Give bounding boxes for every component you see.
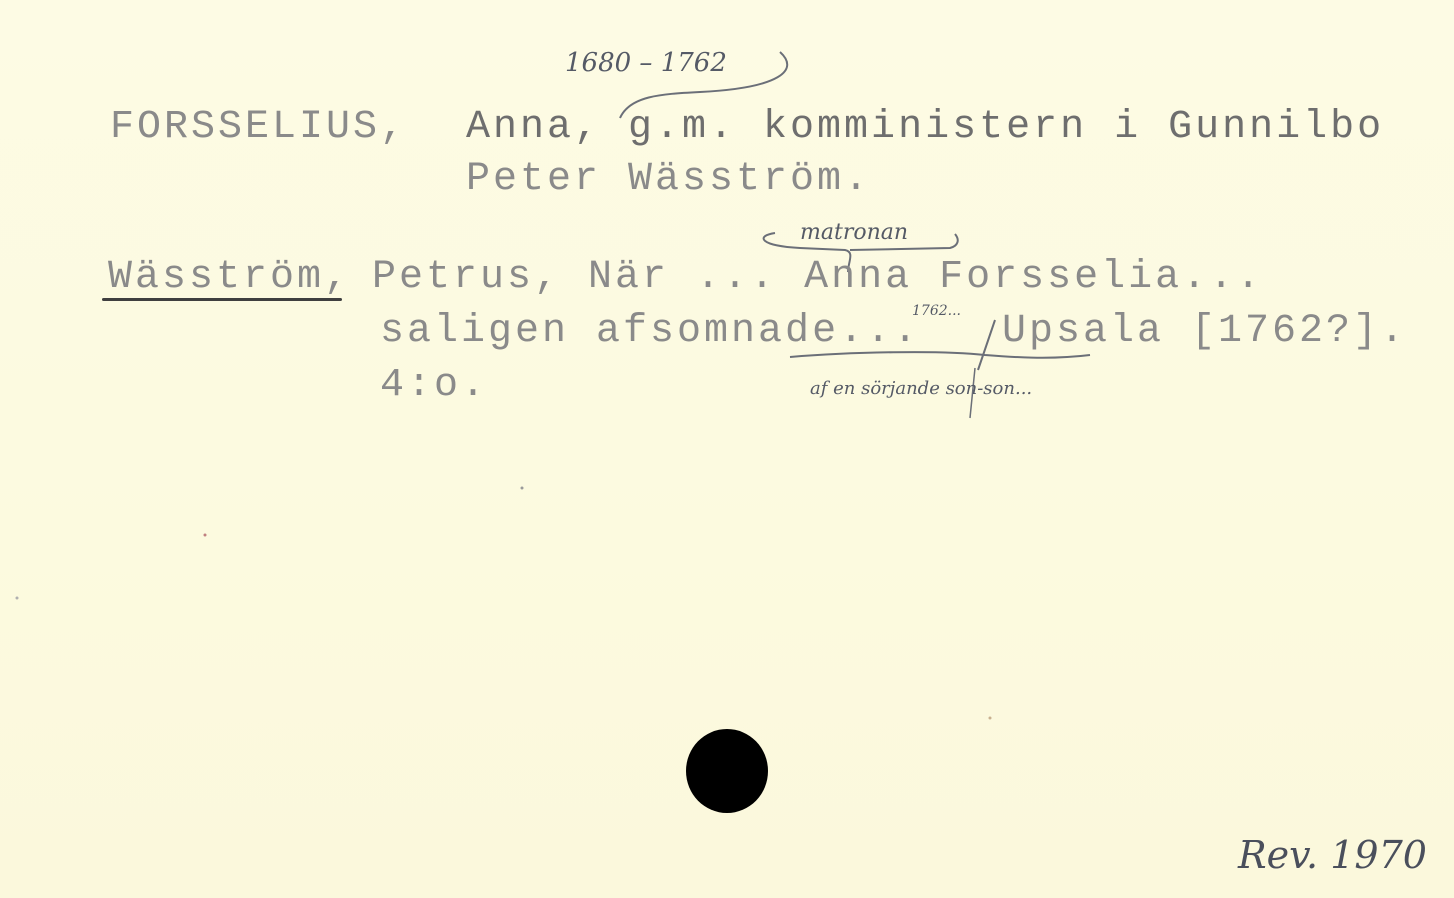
entry2-imprint: Upsala [1762?].: [1002, 312, 1407, 352]
year-annotation: 1762...: [912, 304, 961, 318]
life-dates-annotation: 1680 – 1762: [565, 50, 727, 76]
entry1-spouse: Peter Wäsström.: [466, 160, 871, 200]
punch-hole: [686, 729, 768, 813]
entry1-surname: FORSSELIUS,: [110, 108, 407, 148]
entry2-format: 4:o.: [380, 366, 488, 406]
son-son-annotation: af en sörjande son-son...: [810, 380, 1032, 398]
catalog-card: 1680 – 1762 FORSSELIUS, Anna, g.m. kommi…: [0, 0, 1454, 898]
author-underline: [102, 298, 342, 301]
entry2-author: Wäsström,: [108, 258, 351, 298]
entry1-description: Anna, g.m. komministern i Gunnilbo: [466, 108, 1384, 148]
entry2-title-line2: saligen afsomnade...: [380, 312, 920, 352]
revision-note: Rev. 1970: [1238, 836, 1427, 874]
entry2-title-line1: Petrus, När ... Anna Forsselia...: [372, 258, 1263, 298]
matronan-annotation: matronan: [800, 222, 908, 244]
